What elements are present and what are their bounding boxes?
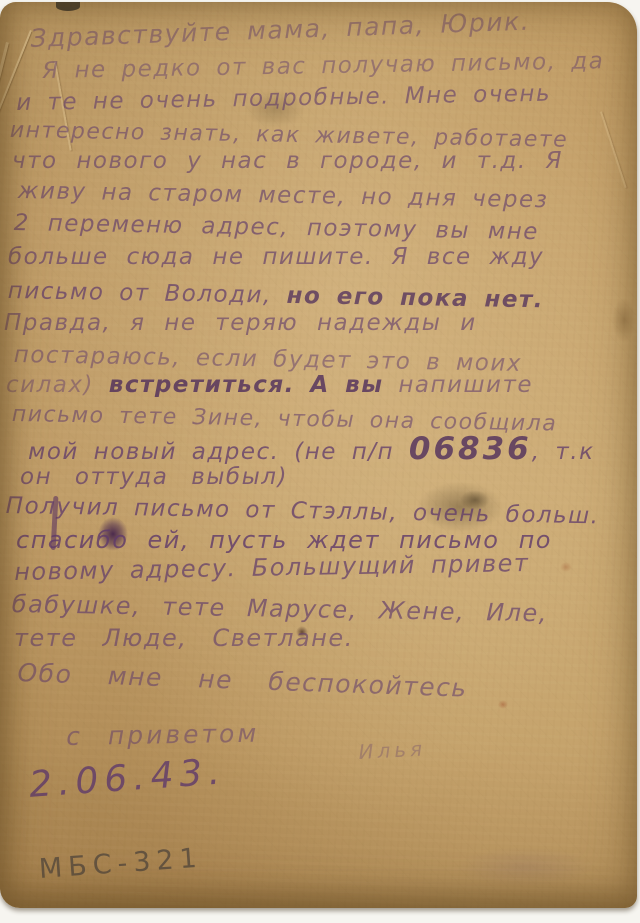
- letter-line-6: живу на старом месте, но дня через: [18, 180, 549, 212]
- edge-crease-stain: [612, 298, 636, 342]
- letter-closing: с приветом: [66, 721, 259, 749]
- edge-chip-stain: [56, 2, 80, 11]
- letter-line-2: Я не редко от вас получаю письмо, да: [42, 50, 604, 83]
- letter-signature: Илья: [358, 738, 427, 762]
- letter-line-3: и те не очень подробные. Мне очень: [16, 83, 551, 115]
- scanned-postcard: Здравствуйте мама, папа, Юрик. Я не редк…: [0, 0, 640, 923]
- letter-line-12: силах) встретиться. А вы напишите: [6, 374, 533, 397]
- postcard-paper: Здравствуйте мама, папа, Юрик. Я не редк…: [0, 2, 637, 908]
- letter-line-4: интересно знать, как живете, работаете: [10, 120, 569, 152]
- letter-date: 2.06.43.: [28, 754, 227, 804]
- foxing-dot: [560, 562, 572, 572]
- letter-line-12-tail: напишите: [384, 372, 533, 398]
- letter-line-greeting: Здравствуйте мама, папа, Юрик.: [30, 9, 530, 51]
- letter-line-14-normal: мой новый адрес. (не п/п: [28, 439, 409, 465]
- foxing-dot: [498, 700, 508, 709]
- letter-line-7: 2 переменю адрес, поэтому вы мне: [14, 212, 539, 244]
- paper-crease: [0, 42, 9, 159]
- letter-line-9-bold: но его пока нет.: [286, 283, 544, 313]
- letter-line-9-normal: письмо от Володи,: [8, 278, 287, 309]
- letter-line-15: он оттуда выбыл): [20, 466, 288, 489]
- letter-line-14: мой новый адрес. (не п/п 06836, т.к: [28, 434, 594, 465]
- archive-code: МБС-321: [38, 843, 204, 885]
- letter-line-9: письмо от Володи, но его пока нет.: [8, 280, 545, 312]
- letter-line-17: спасибо ей, пусть ждет письмо по: [16, 528, 552, 552]
- letter-line-20: тете Люде, Светлане.: [14, 626, 354, 650]
- letter-line-16: Получил письмо от Стэллы, очень больш.: [6, 495, 600, 528]
- letter-line-12-bold: встретиться. А вы: [109, 372, 384, 398]
- letter-line-21: Обо мне не беспокойтесь: [17, 660, 468, 701]
- paper-crease: [600, 111, 627, 188]
- letter-line-5: что нового у нас в городе, и т.д. Я: [12, 150, 563, 173]
- letter-line-19: бабушке, тете Марусе, Жене, Иле,: [12, 592, 549, 625]
- field-post-number: 06836: [409, 431, 532, 467]
- letter-line-14-tail: , т.к: [532, 439, 595, 465]
- letter-line-12-normal: силах): [6, 372, 109, 398]
- letter-line-18: новому адресу. Большущий привет: [14, 551, 530, 584]
- letter-line-10: Правда, я не теряю надежды и: [4, 312, 477, 335]
- faded-ghost-text: [440, 842, 610, 892]
- letter-line-8: больше сюда не пишите. Я все жду: [8, 246, 544, 269]
